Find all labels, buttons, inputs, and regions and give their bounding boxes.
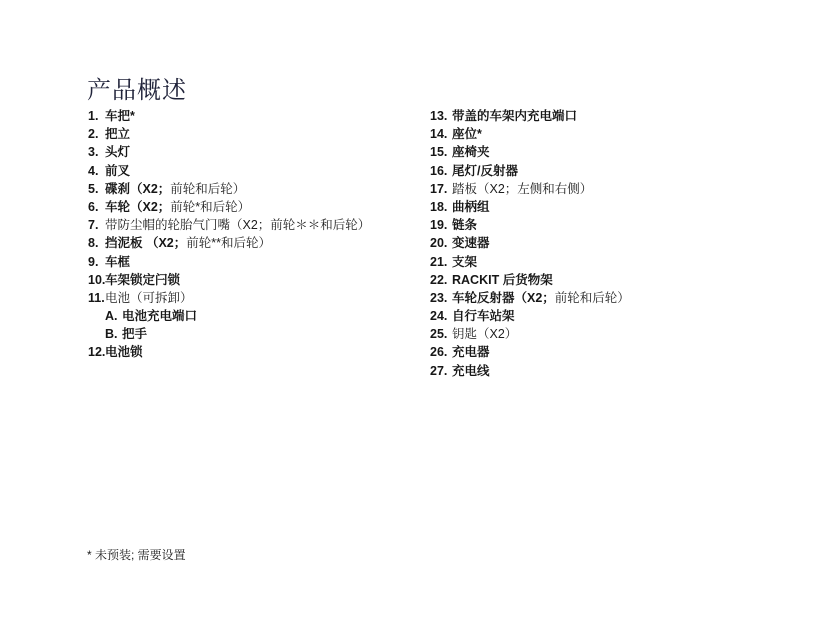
item-number: B. [105, 325, 122, 343]
footnote: * 未预装; 需要设置 [87, 547, 186, 563]
item-label-bold: 带盖的车架内充电端口 [452, 107, 577, 125]
item-label-bold: 曲柄组 [452, 198, 490, 216]
list-item: 18.曲柄组 [430, 198, 630, 216]
item-label-bold: 车框 [105, 253, 130, 271]
parts-list-right-column: 13.带盖的车架内充电端口14.座位*15.座椅夹16.尾灯/反射器17.踏板（… [430, 107, 630, 380]
list-item: 25.钥匙（X2） [430, 325, 630, 343]
list-item: 21.支架 [430, 253, 630, 271]
list-item: 14.座位* [430, 125, 630, 143]
manual-page: { "page": { "title": "产品概述", "footnote":… [0, 0, 828, 624]
item-number: 24. [430, 307, 452, 325]
list-item: 16.尾灯/反射器 [430, 162, 630, 180]
item-number: 17. [430, 180, 452, 198]
list-subitem: B.把手 [88, 325, 370, 343]
item-number: 25. [430, 325, 452, 343]
item-label-bold: 支架 [452, 253, 477, 271]
item-number: 3. [88, 143, 105, 161]
item-label-bold: 车轮反射器（X2； [452, 289, 555, 307]
list-item: 22.RACKIT 后货物架 [430, 271, 630, 289]
item-label-bold: RACKIT 后货物架 [452, 271, 553, 289]
item-label-regular: 踏板（X2；左侧和右侧） [452, 180, 592, 198]
item-number: 12. [88, 343, 105, 361]
list-item: 24.自行车站架 [430, 307, 630, 325]
item-label-bold: 前叉 [105, 162, 130, 180]
list-item: 1.车把* [88, 107, 370, 125]
item-label-bold: 座位* [452, 125, 482, 143]
item-label-bold: 变速器 [452, 234, 490, 252]
item-number: 15. [430, 143, 452, 161]
item-label-bold: 链条 [452, 216, 477, 234]
parts-list-left-column: 1.车把*2.把立3.头灯4.前叉5.碟刹（X2；前轮和后轮）6.车轮（X2；前… [88, 107, 370, 362]
item-number: 1. [88, 107, 105, 125]
item-number: 19. [430, 216, 452, 234]
item-number: 5. [88, 180, 105, 198]
list-item: 5.碟刹（X2；前轮和后轮） [88, 180, 370, 198]
list-item: 11.电池（可拆卸） [88, 289, 370, 307]
item-label-bold: 车轮（X2； [105, 198, 170, 216]
list-item: 10.车架锁定闩锁 [88, 271, 370, 289]
list-item: 12.电池锁 [88, 343, 370, 361]
item-number: 16. [430, 162, 452, 180]
list-item: 23.车轮反射器（X2；前轮和后轮） [430, 289, 630, 307]
item-number: A. [105, 307, 122, 325]
list-item: 19.链条 [430, 216, 630, 234]
item-label-bold: 自行车站架 [452, 307, 515, 325]
item-label-bold: 头灯 [105, 143, 130, 161]
list-item: 13.带盖的车架内充电端口 [430, 107, 630, 125]
item-label-regular: 带防尘帽的轮胎气门嘴（X2；前轮＊＊和后轮） [105, 216, 370, 234]
item-label-bold: 车架锁定闩锁 [105, 271, 180, 289]
item-number: 9. [88, 253, 105, 271]
item-number: 4. [88, 162, 105, 180]
page-title: 产品概述 [87, 76, 187, 106]
item-number: 6. [88, 198, 105, 216]
list-subitem: A.电池充电端口 [88, 307, 370, 325]
item-label-regular: 前轮和后轮） [170, 180, 245, 198]
item-label-bold: 充电线 [452, 362, 490, 380]
item-label-bold: 尾灯/反射器 [452, 162, 518, 180]
item-number: 11. [88, 289, 105, 307]
item-number: 14. [430, 125, 452, 143]
item-number: 18. [430, 198, 452, 216]
item-number: 13. [430, 107, 452, 125]
item-label-regular: 钥匙（X2） [452, 325, 517, 343]
list-item: 4.前叉 [88, 162, 370, 180]
list-item: 9.车框 [88, 253, 370, 271]
list-item: 17.踏板（X2；左侧和右侧） [430, 180, 630, 198]
item-number: 8. [88, 234, 105, 252]
list-item: 2.把立 [88, 125, 370, 143]
list-item: 27.充电线 [430, 362, 630, 380]
item-label-regular: 前轮**和后轮） [186, 234, 271, 252]
item-number: 26. [430, 343, 452, 361]
list-item: 15.座椅夹 [430, 143, 630, 161]
item-label-bold: 电池充电端口 [122, 307, 197, 325]
item-label-bold: 把立 [105, 125, 130, 143]
item-number: 7. [88, 216, 105, 234]
list-item: 6.车轮（X2；前轮*和后轮） [88, 198, 370, 216]
item-label-bold: 车把* [105, 107, 135, 125]
item-label-bold: 座椅夹 [452, 143, 490, 161]
item-number: 2. [88, 125, 105, 143]
item-label-bold: 电池锁 [105, 343, 143, 361]
item-number: 20. [430, 234, 452, 252]
item-number: 27. [430, 362, 452, 380]
item-number: 23. [430, 289, 452, 307]
item-number: 22. [430, 271, 452, 289]
item-label-regular: 前轮*和后轮） [170, 198, 250, 216]
item-label-regular: 前轮和后轮） [555, 289, 630, 307]
item-label-bold: 碟刹（X2； [105, 180, 170, 198]
list-item: 3.头灯 [88, 143, 370, 161]
list-item: 7.带防尘帽的轮胎气门嘴（X2；前轮＊＊和后轮） [88, 216, 370, 234]
list-item: 26.充电器 [430, 343, 630, 361]
item-label-regular: 电池（可拆卸） [105, 289, 193, 307]
list-item: 20.变速器 [430, 234, 630, 252]
list-item: 8.挡泥板 （X2；前轮**和后轮） [88, 234, 370, 252]
item-label-bold: 把手 [122, 325, 147, 343]
item-number: 21. [430, 253, 452, 271]
item-label-bold: 充电器 [452, 343, 490, 361]
item-number: 10. [88, 271, 105, 289]
item-label-bold: 挡泥板 （X2； [105, 234, 186, 252]
